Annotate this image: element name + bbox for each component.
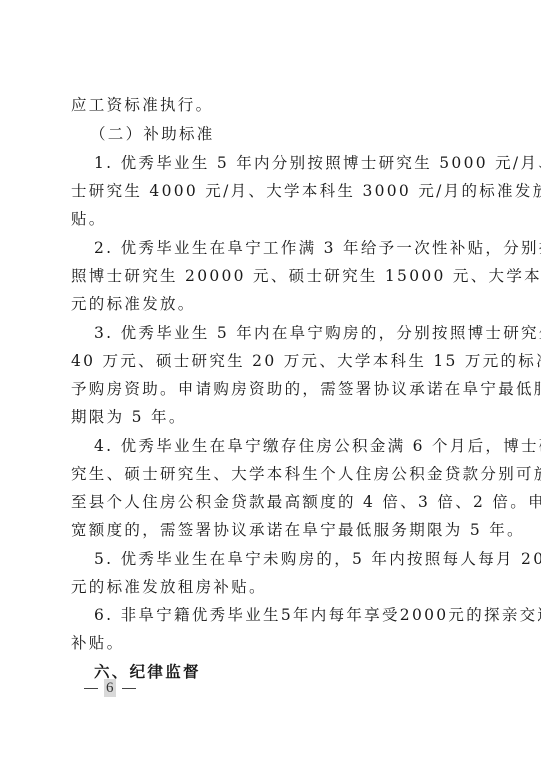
text-line: 照博士研究生 20000 元、硕士研究生 15000 元、大学本科生 10000 [71, 263, 471, 289]
paragraph-first-line: 3. 优秀毕业生 5 年内在阜宁购房的，分别按照博士研究生 [94, 320, 471, 346]
left-dash [84, 688, 98, 689]
text-line: 元的标准发放。 [71, 291, 471, 317]
text-line: 究生、硕士研究生、大学本科生个人住房公积金贷款分别可放宽 [71, 461, 471, 487]
text-line: 士研究生 4000 元/月、大学本科生 3000 元/月的标准发放生活补 [71, 178, 471, 204]
paragraph-first-line: 5. 优秀毕业生在阜宁未购房的，5 年内按照每人每月 2000 [94, 546, 471, 572]
paragraph-first-line: 1. 优秀毕业生 5 年内分别按照博士研究生 5000 元/月、硕 [94, 150, 471, 176]
subsection-heading: （二）补助标准 [90, 121, 215, 147]
text-line: 贴。 [71, 206, 471, 232]
page-number-footer: 6 [84, 678, 136, 698]
text-line: 宽额度的，需签署协议承诺在阜宁最低服务期限为 5 年。 [71, 517, 471, 543]
paragraph-first-line: 6. 非阜宁籍优秀毕业生5年内每年享受2000元的探亲交通 [94, 602, 471, 628]
document-page: 应工资标准执行。（二）补助标准1. 优秀毕业生 5 年内分别按照博士研究生 50… [0, 0, 541, 765]
text-line: 应工资标准执行。 [71, 92, 471, 118]
page-number: 6 [104, 679, 116, 697]
text-line: 予购房资助。申请购房资助的，需签署协议承诺在阜宁最低服务 [71, 376, 471, 402]
text-line: 至县个人住房公积金贷款最高额度的 4 倍、3 倍、2 倍。申请放 [71, 489, 471, 515]
text-line: 40 万元、硕士研究生 20 万元、大学本科生 15 万元的标准，给 [71, 348, 471, 374]
paragraph-first-line: 2. 优秀毕业生在阜宁工作满 3 年给予一次性补贴，分别按 [94, 235, 471, 261]
text-line: 元的标准发放租房补贴。 [71, 574, 471, 600]
right-dash [122, 688, 136, 689]
text-line: 期限为 5 年。 [71, 404, 471, 430]
text-line: 补贴。 [71, 630, 471, 656]
paragraph-first-line: 4. 优秀毕业生在阜宁缴存住房公积金满 6 个月后，博士研 [94, 433, 471, 459]
